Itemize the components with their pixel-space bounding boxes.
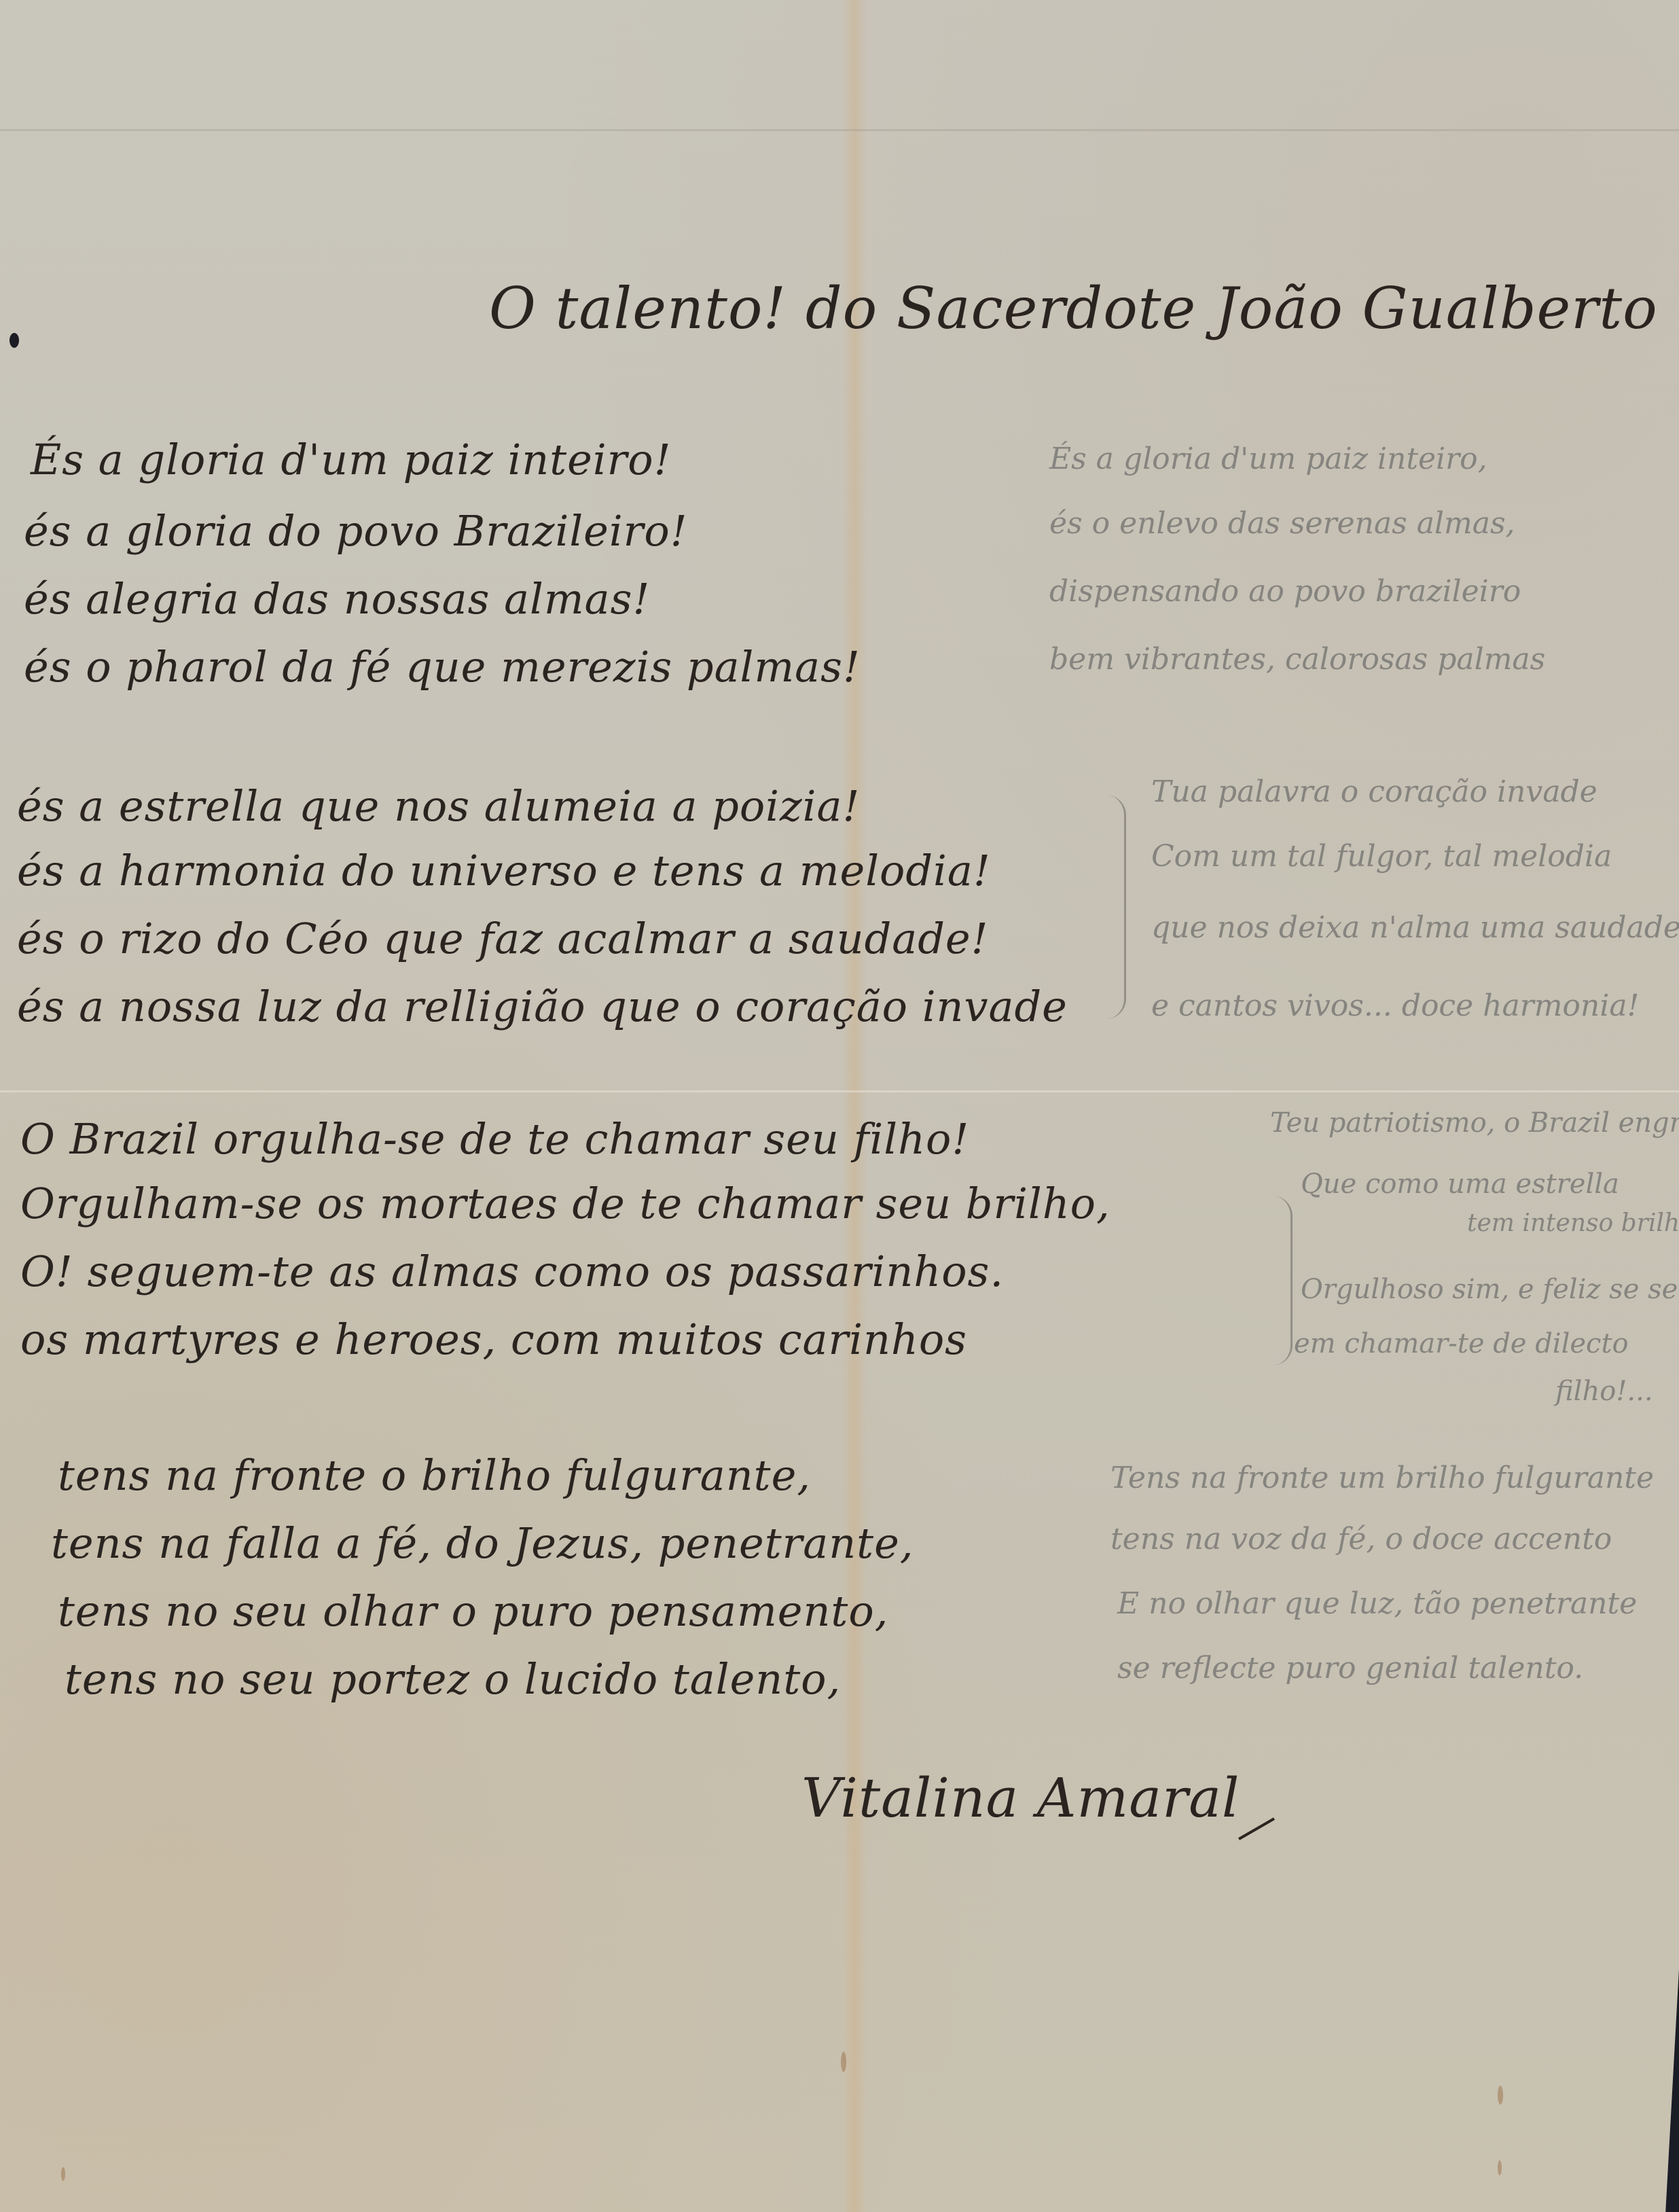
foxing-stain [61,2167,65,2181]
poem-title: O talento! do Sacerdote João Gualberto [489,275,1658,342]
pencil-annotation-line: Orgulhoso sim, e feliz se sente [1301,1274,1679,1305]
verse-line: és a harmonia do universo e tens a melod… [17,846,991,895]
verse-line: és o rizo do Céo que faz acalmar a sauda… [17,914,989,963]
pencil-annotation-line: em chamar-te de dilecto [1294,1328,1629,1359]
pencil-brace [1104,795,1126,1019]
pencil-annotation-line: bem vibrantes, calorosas palmas [1049,642,1545,677]
verse-line: O! seguem-te as almas como os passarinho… [20,1247,1004,1296]
foxing-stain [841,2052,846,2072]
verse-line: És a gloria d'um paiz inteiro! [31,435,672,484]
verse-line: tens na fronte o brilho fulgurante, [58,1450,811,1500]
verse-line: tens no seu olhar o puro pensamento, [58,1586,888,1636]
paper-fold-line [0,129,1679,131]
verse-line: os martyres e heroes, com muitos carinho… [20,1315,967,1364]
pencil-annotation-line: e cantos vivos... doce harmonia! [1151,988,1639,1023]
pencil-annotation-line: Com um tal fulgor, tal melodia [1151,839,1612,874]
pencil-annotation-line: Que como uma estrella [1301,1169,1619,1200]
verse-line: és a gloria do povo Brazileiro! [24,506,688,556]
foxing-stain [1498,2086,1503,2105]
pencil-annotation-line: és o enlevo das serenas almas, [1049,506,1515,541]
verse-line: O Brazil orgulha-se de te chamar seu fil… [20,1114,969,1164]
verse-line: és a nossa luz da relligião que o coraçã… [17,982,1068,1031]
pencil-annotation-line: Teu patriotismo, o Brazil engrandece [1270,1107,1679,1139]
verse-line: tens no seu portez o lucido talento, [65,1654,841,1704]
paper-fold-line [0,1090,1679,1092]
verse-line: és a estrella que nos alumeia a poizia! [17,781,860,831]
pencil-annotation-line: se reflecte puro genial talento. [1117,1651,1583,1685]
pencil-annotation-line: E no olhar que luz, tão penetrante [1117,1586,1637,1621]
pencil-annotation-line: Tens na fronte um brilho fulgurante [1111,1461,1654,1495]
pencil-annotation-line: És a gloria d'um paiz inteiro, [1049,442,1487,476]
pencil-annotation-line: tens na voz da fé, o doce accento [1111,1522,1612,1556]
verse-line: Orgulham-se os mortaes de te chamar seu … [20,1179,1111,1228]
pencil-brace [1270,1196,1293,1366]
pencil-annotation-line: filho!... [1555,1376,1653,1407]
pencil-annotation-line: tem intenso brilho [1467,1209,1679,1237]
verse-line: tens na falla a fé, do Jezus, penetrante… [51,1518,914,1568]
verse-line: és alegria das nossas almas! [24,574,650,624]
author-signature: Vitalina Amaral [801,1766,1240,1830]
foxing-stain [1498,2160,1502,2175]
pencil-annotation-line: Tua palavra o coração invade [1151,774,1597,809]
pencil-annotation-line: dispensando ao povo brazileiro [1049,574,1521,609]
pencil-annotation-line: que nos deixa n'alma uma saudade [1151,910,1679,945]
verse-line: és o pharol da fé que merezis palmas! [24,642,861,692]
paper-hole [10,333,19,348]
